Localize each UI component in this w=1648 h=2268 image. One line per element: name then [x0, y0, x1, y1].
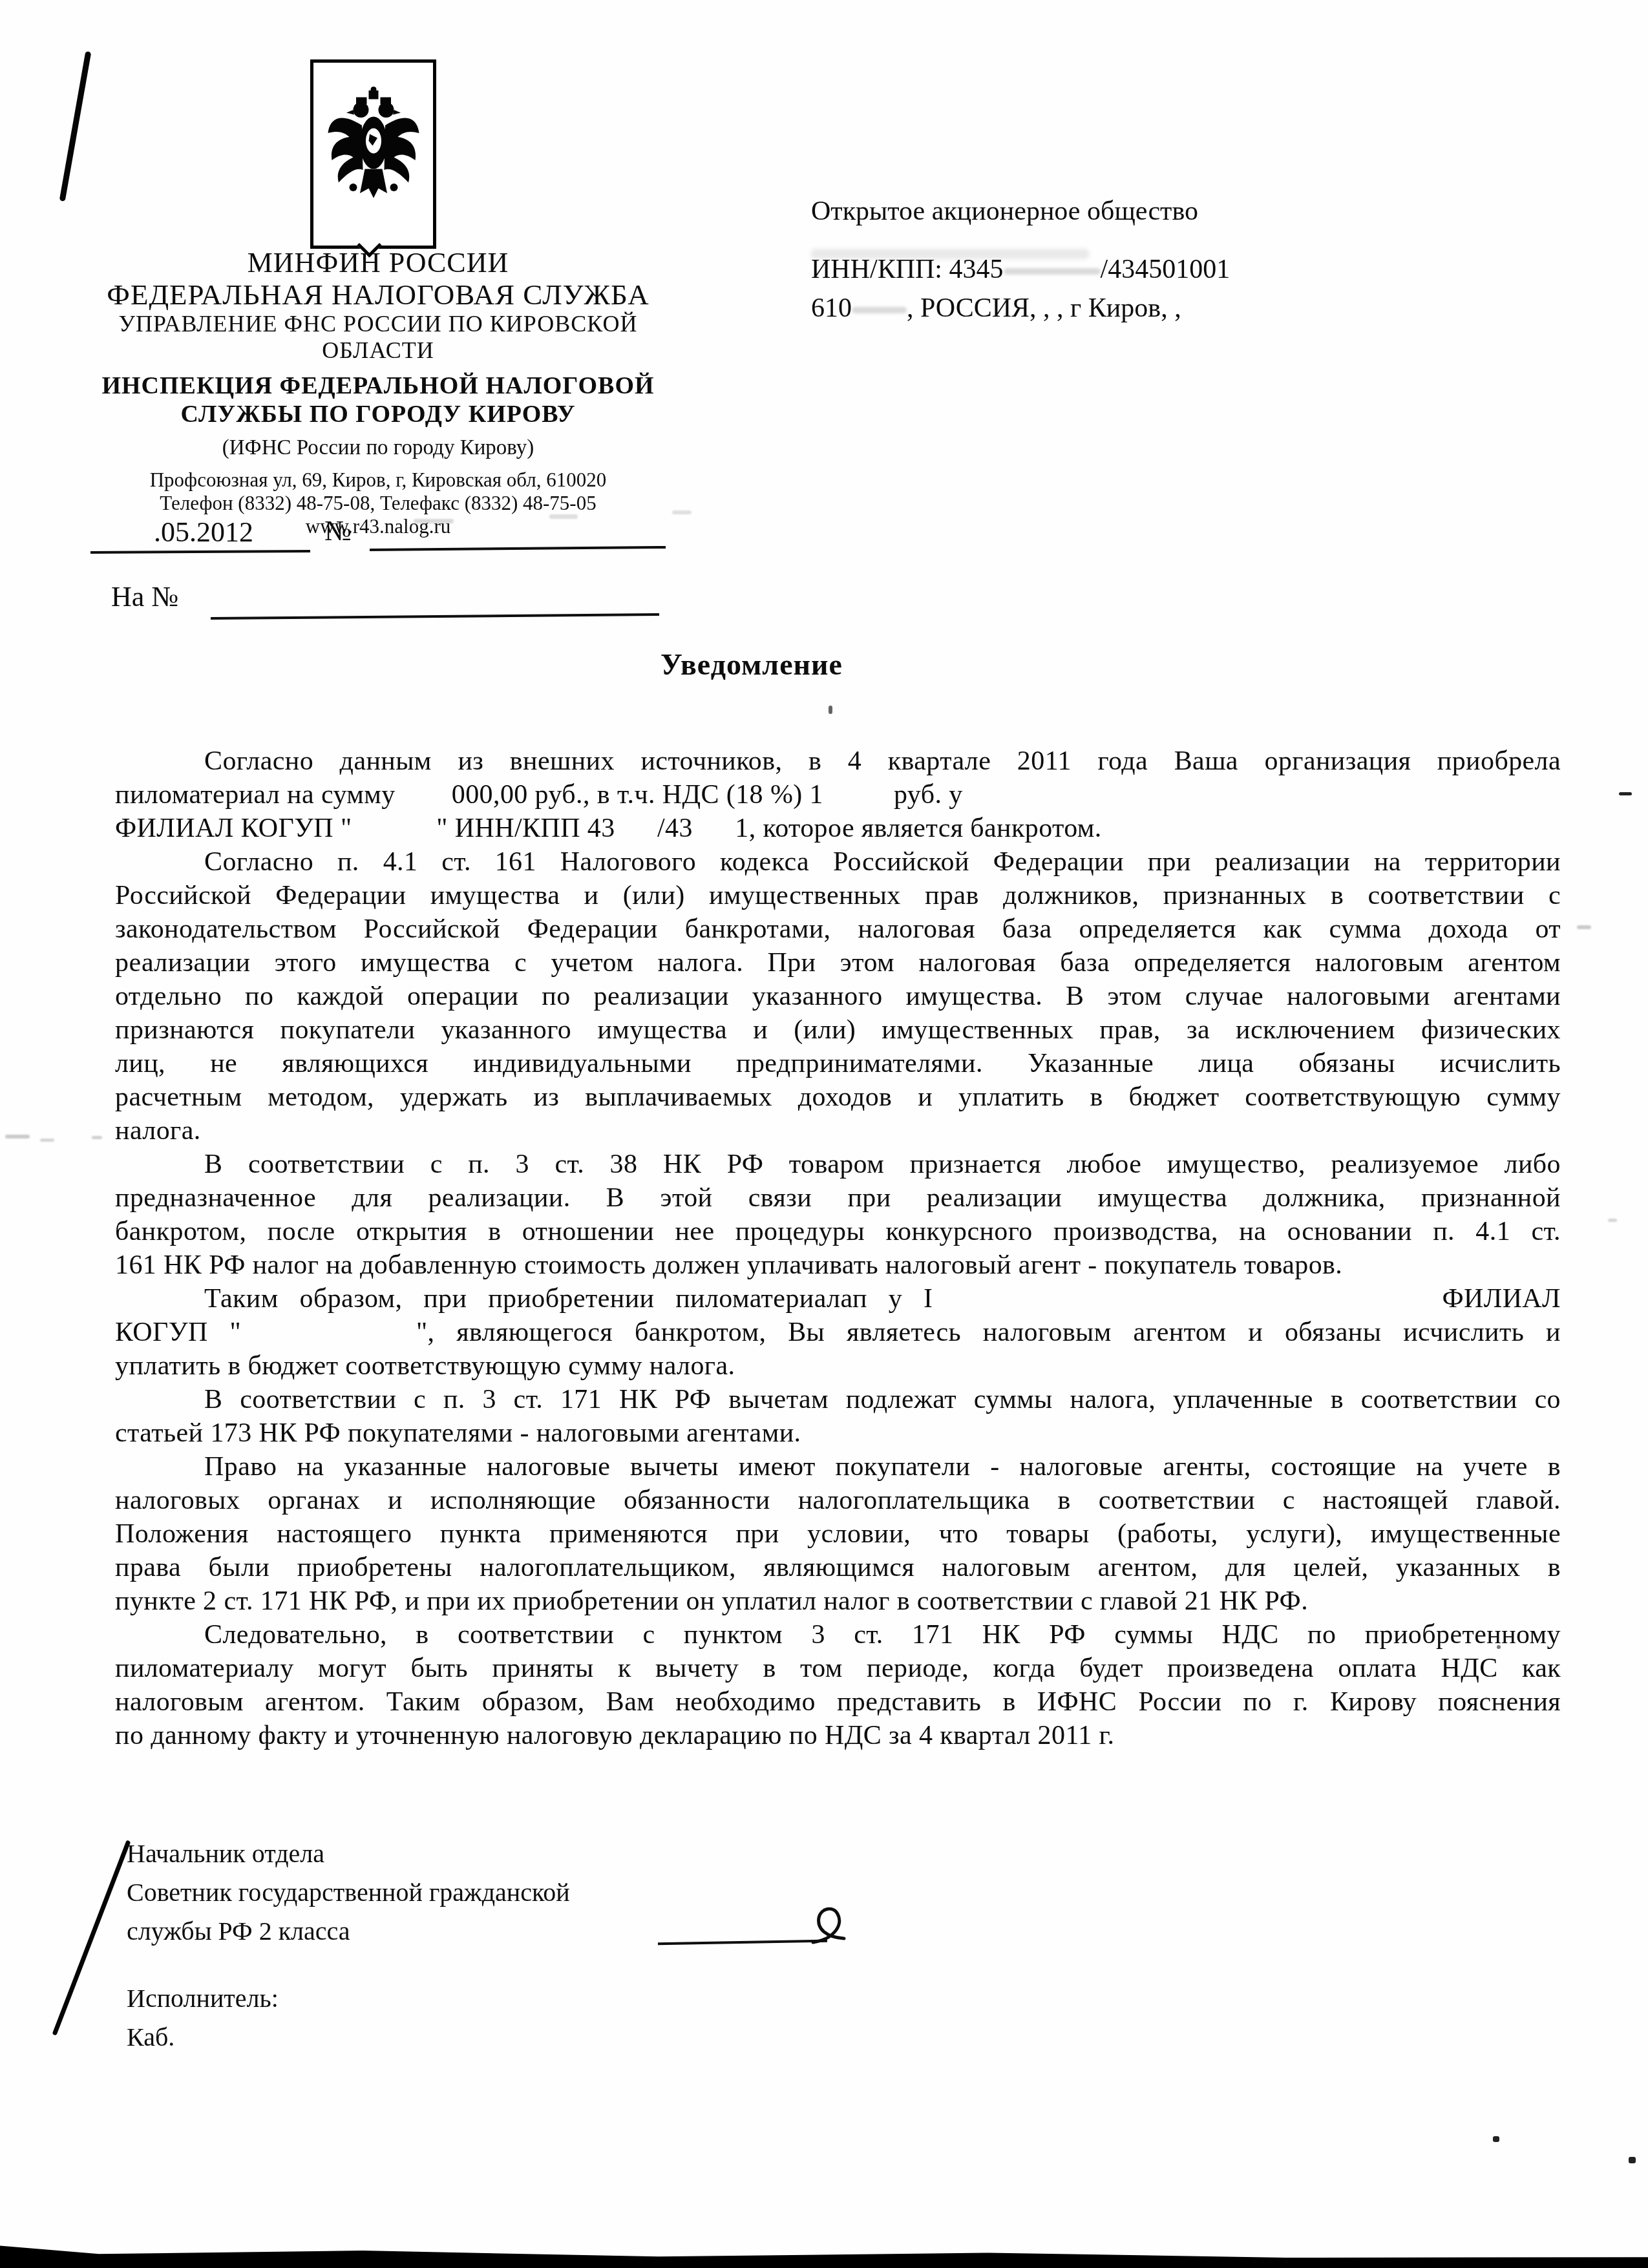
scan-artifact	[1608, 1219, 1617, 1222]
scan-artifact	[1629, 2157, 1636, 2163]
body-line: Согласно данным из внешних источников, в…	[115, 744, 1561, 778]
body-line: пиломатериал на сумму 000,00 руб., в т.ч…	[115, 778, 1561, 812]
body-line: 161 НК РФ налог на добавленную стоимость…	[115, 1248, 1561, 1282]
body-line: признаются покупатели указанного имущест…	[115, 1013, 1561, 1047]
body-line: В соответствии с п. 3 ст. 38 НК РФ товар…	[115, 1148, 1561, 1181]
scan-artifact	[40, 1139, 54, 1142]
body-line: налоговым агентом. Таким образом, Вам не…	[115, 1685, 1561, 1719]
inspection-name-line2: СЛУЖБЫ ПО ГОРОДУ КИРОВУ	[71, 400, 685, 428]
scan-artifact	[1497, 1645, 1501, 1649]
scan-artifact	[92, 1136, 102, 1139]
faded-number-trace	[672, 510, 692, 514]
regional-directorate-line1: УПРАВЛЕНИЕ ФНС РОССИИ ПО КИРОВСКОЙ	[71, 311, 685, 337]
recipient-org-type: Открытое акционерное общество	[811, 196, 1587, 227]
signer-position-line2: Советник государственной гражданской	[127, 1874, 570, 1911]
body-line: Положения настоящего пункта применяются …	[115, 1517, 1561, 1551]
body-line: Российской Федерации имущества и (или) и…	[115, 879, 1561, 912]
body-line: налоговых органах и исполняющие обязанно…	[115, 1484, 1561, 1517]
scan-artifact	[1619, 792, 1632, 795]
signer-position-line3: службы РФ 2 класса	[127, 1913, 350, 1950]
pen-stroke-top-left	[59, 51, 92, 202]
sender-phone: Телефон (8332) 48-75-08, Телефакс (8332)…	[71, 492, 685, 515]
scanner-edge-band	[0, 2241, 1648, 2268]
inspection-short-name: (ИФНС России по городу Кирову)	[71, 435, 685, 461]
body-line: налога.	[115, 1114, 1561, 1148]
body-line: Следовательно, в соответствии с пунктом …	[115, 1618, 1561, 1652]
body-line: реализации этого имущества с учетом нало…	[115, 946, 1561, 980]
recipient-address-line: 610, РОССИЯ, , , г Киров, ,	[811, 293, 1587, 324]
body-line: права были приобретены налогоплательщико…	[115, 1551, 1561, 1584]
body-line: Право на указанные налоговые вычеты имею…	[115, 1450, 1561, 1484]
scan-artifact	[829, 706, 832, 714]
body-line: Согласно п. 4.1 ст. 161 Налогового кодек…	[115, 845, 1561, 879]
document-body: Согласно данным из внешних источников, в…	[115, 744, 1561, 1752]
recipient-inn-kpp-line: ИНН/КПП: 4345/434501001	[811, 254, 1587, 285]
body-line: предназначенное для реализации. В этой с…	[115, 1181, 1561, 1215]
in-reply-to-underline	[211, 613, 659, 620]
body-line: ФИЛИАЛ КОГУП " " ИНН/КПП 43 /43 1, котор…	[115, 812, 1561, 845]
russian-eagle-emblem-icon	[325, 75, 422, 233]
redacted-postal-digits	[852, 307, 907, 313]
body-line: КОГУП " ", являющегося банкротом, Вы явл…	[115, 1316, 1561, 1349]
body-line: статьей 173 НК РФ покупателями - налогов…	[115, 1416, 1561, 1450]
body-line: отдельно по каждой операции по реализаци…	[115, 980, 1561, 1013]
handwritten-signature	[805, 1902, 850, 1949]
number-underline	[370, 546, 666, 551]
number-sign: №	[324, 514, 352, 547]
inn-kpp-label: ИНН/КПП: 4345	[811, 255, 1004, 284]
sender-header-block: МИНФИН РОССИИ ФЕДЕРАЛЬНАЯ НАЛОГОВАЯ СЛУЖ…	[71, 247, 685, 538]
pen-stroke-signature-area	[52, 1840, 131, 2035]
signature-underline	[658, 1940, 827, 1946]
executor-name: Каб.	[127, 2019, 174, 2056]
inspection-name-line1: ИНСПЕКЦИЯ ФЕДЕРАЛЬНОЙ НАЛОГОВОЙ	[71, 372, 685, 400]
body-line: пункте 2 ст. 171 НК РФ, и при их приобре…	[115, 1584, 1561, 1618]
coat-of-arms-frame	[310, 59, 436, 249]
executor-label: Исполнитель:	[127, 1980, 279, 2017]
scanned-tax-notice-document: МИНФИН РОССИИ ФЕДЕРАЛЬНАЯ НАЛОГОВАЯ СЛУЖ…	[0, 0, 1648, 2268]
scan-artifact	[1577, 925, 1591, 929]
federal-tax-service-name: ФЕДЕРАЛЬНАЯ НАЛОГОВАЯ СЛУЖБА	[71, 278, 685, 311]
body-line: уплатить в бюджет соответствующую сумму …	[115, 1349, 1561, 1383]
faded-number-trace	[549, 514, 578, 519]
body-line: пиломатериалу могут быть приняты к вычет…	[115, 1652, 1561, 1685]
postal-code-prefix: 610	[811, 293, 852, 323]
body-line: банкротом, после открытия в отношении не…	[115, 1215, 1561, 1248]
body-line: законодательством Российской Федерации б…	[115, 912, 1561, 946]
in-reply-to-label: На №	[111, 580, 178, 613]
scan-artifact	[5, 1135, 30, 1139]
regional-directorate-line2: ОБЛАСТИ	[71, 337, 685, 364]
body-line: Таким образом, при приобретении пиломате…	[115, 1282, 1561, 1316]
scan-artifact	[1493, 2136, 1499, 2142]
ministry-name: МИНФИН РОССИИ	[71, 247, 685, 278]
redacted-inn-digits	[1004, 268, 1101, 275]
body-line: расчетным методом, удержать из выплачива…	[115, 1080, 1561, 1114]
sender-address: Профсоюзная ул, 69, Киров, г, Кировская …	[71, 468, 685, 492]
body-line: по данному факту и уточненную налоговую …	[115, 1719, 1561, 1752]
document-date: .05.2012	[154, 516, 253, 549]
date-underline	[90, 550, 310, 554]
faded-number-trace	[414, 519, 454, 523]
inn-kpp-value: /434501001	[1101, 255, 1231, 284]
document-title: Уведомление	[660, 647, 843, 682]
body-line: В соответствии с п. 3 ст. 171 НК РФ выче…	[115, 1383, 1561, 1416]
body-line: лиц, не являющихся индивидуальными предп…	[115, 1047, 1561, 1080]
recipient-address-rest: , РОССИЯ, , , г Киров, ,	[907, 293, 1181, 323]
signer-position-line1: Начальник отдела	[127, 1835, 324, 1873]
